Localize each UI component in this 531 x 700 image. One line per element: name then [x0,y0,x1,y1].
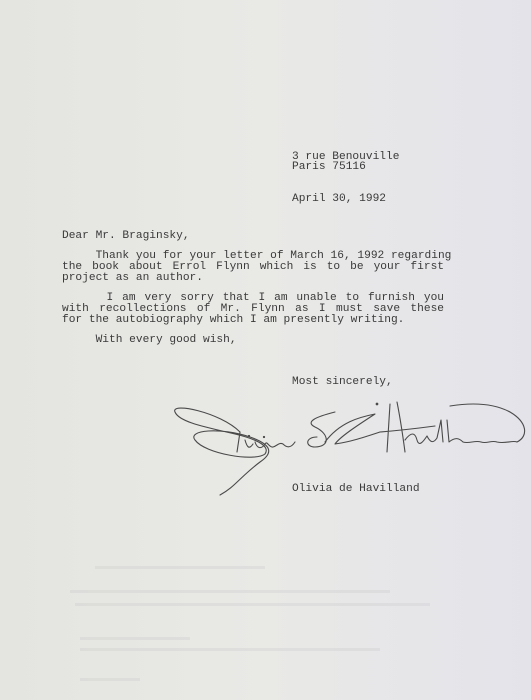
letter-page: 3 rue Benouville Paris 75116 April 30, 1… [0,0,531,700]
bleed-through-mark [75,603,430,606]
bleed-through-mark [80,678,140,681]
signer-name: Olivia de Havilland [292,484,420,495]
closing-wish: With every good wish, [62,335,237,346]
paragraph-2-line-3: for the autobiography which I am present… [62,315,404,326]
bleed-through-mark [70,590,390,593]
letter-date: April 30, 1992 [292,194,386,205]
closing: Most sincerely, [292,377,393,388]
salutation: Dear Mr. Braginsky, [62,231,190,242]
address-line-2: Paris 75116 [292,162,366,173]
bleed-through-mark [80,637,190,640]
bleed-through-mark [80,648,380,651]
paragraph-1-line-3: project as an author. [62,273,203,284]
bleed-through-mark [95,566,265,569]
